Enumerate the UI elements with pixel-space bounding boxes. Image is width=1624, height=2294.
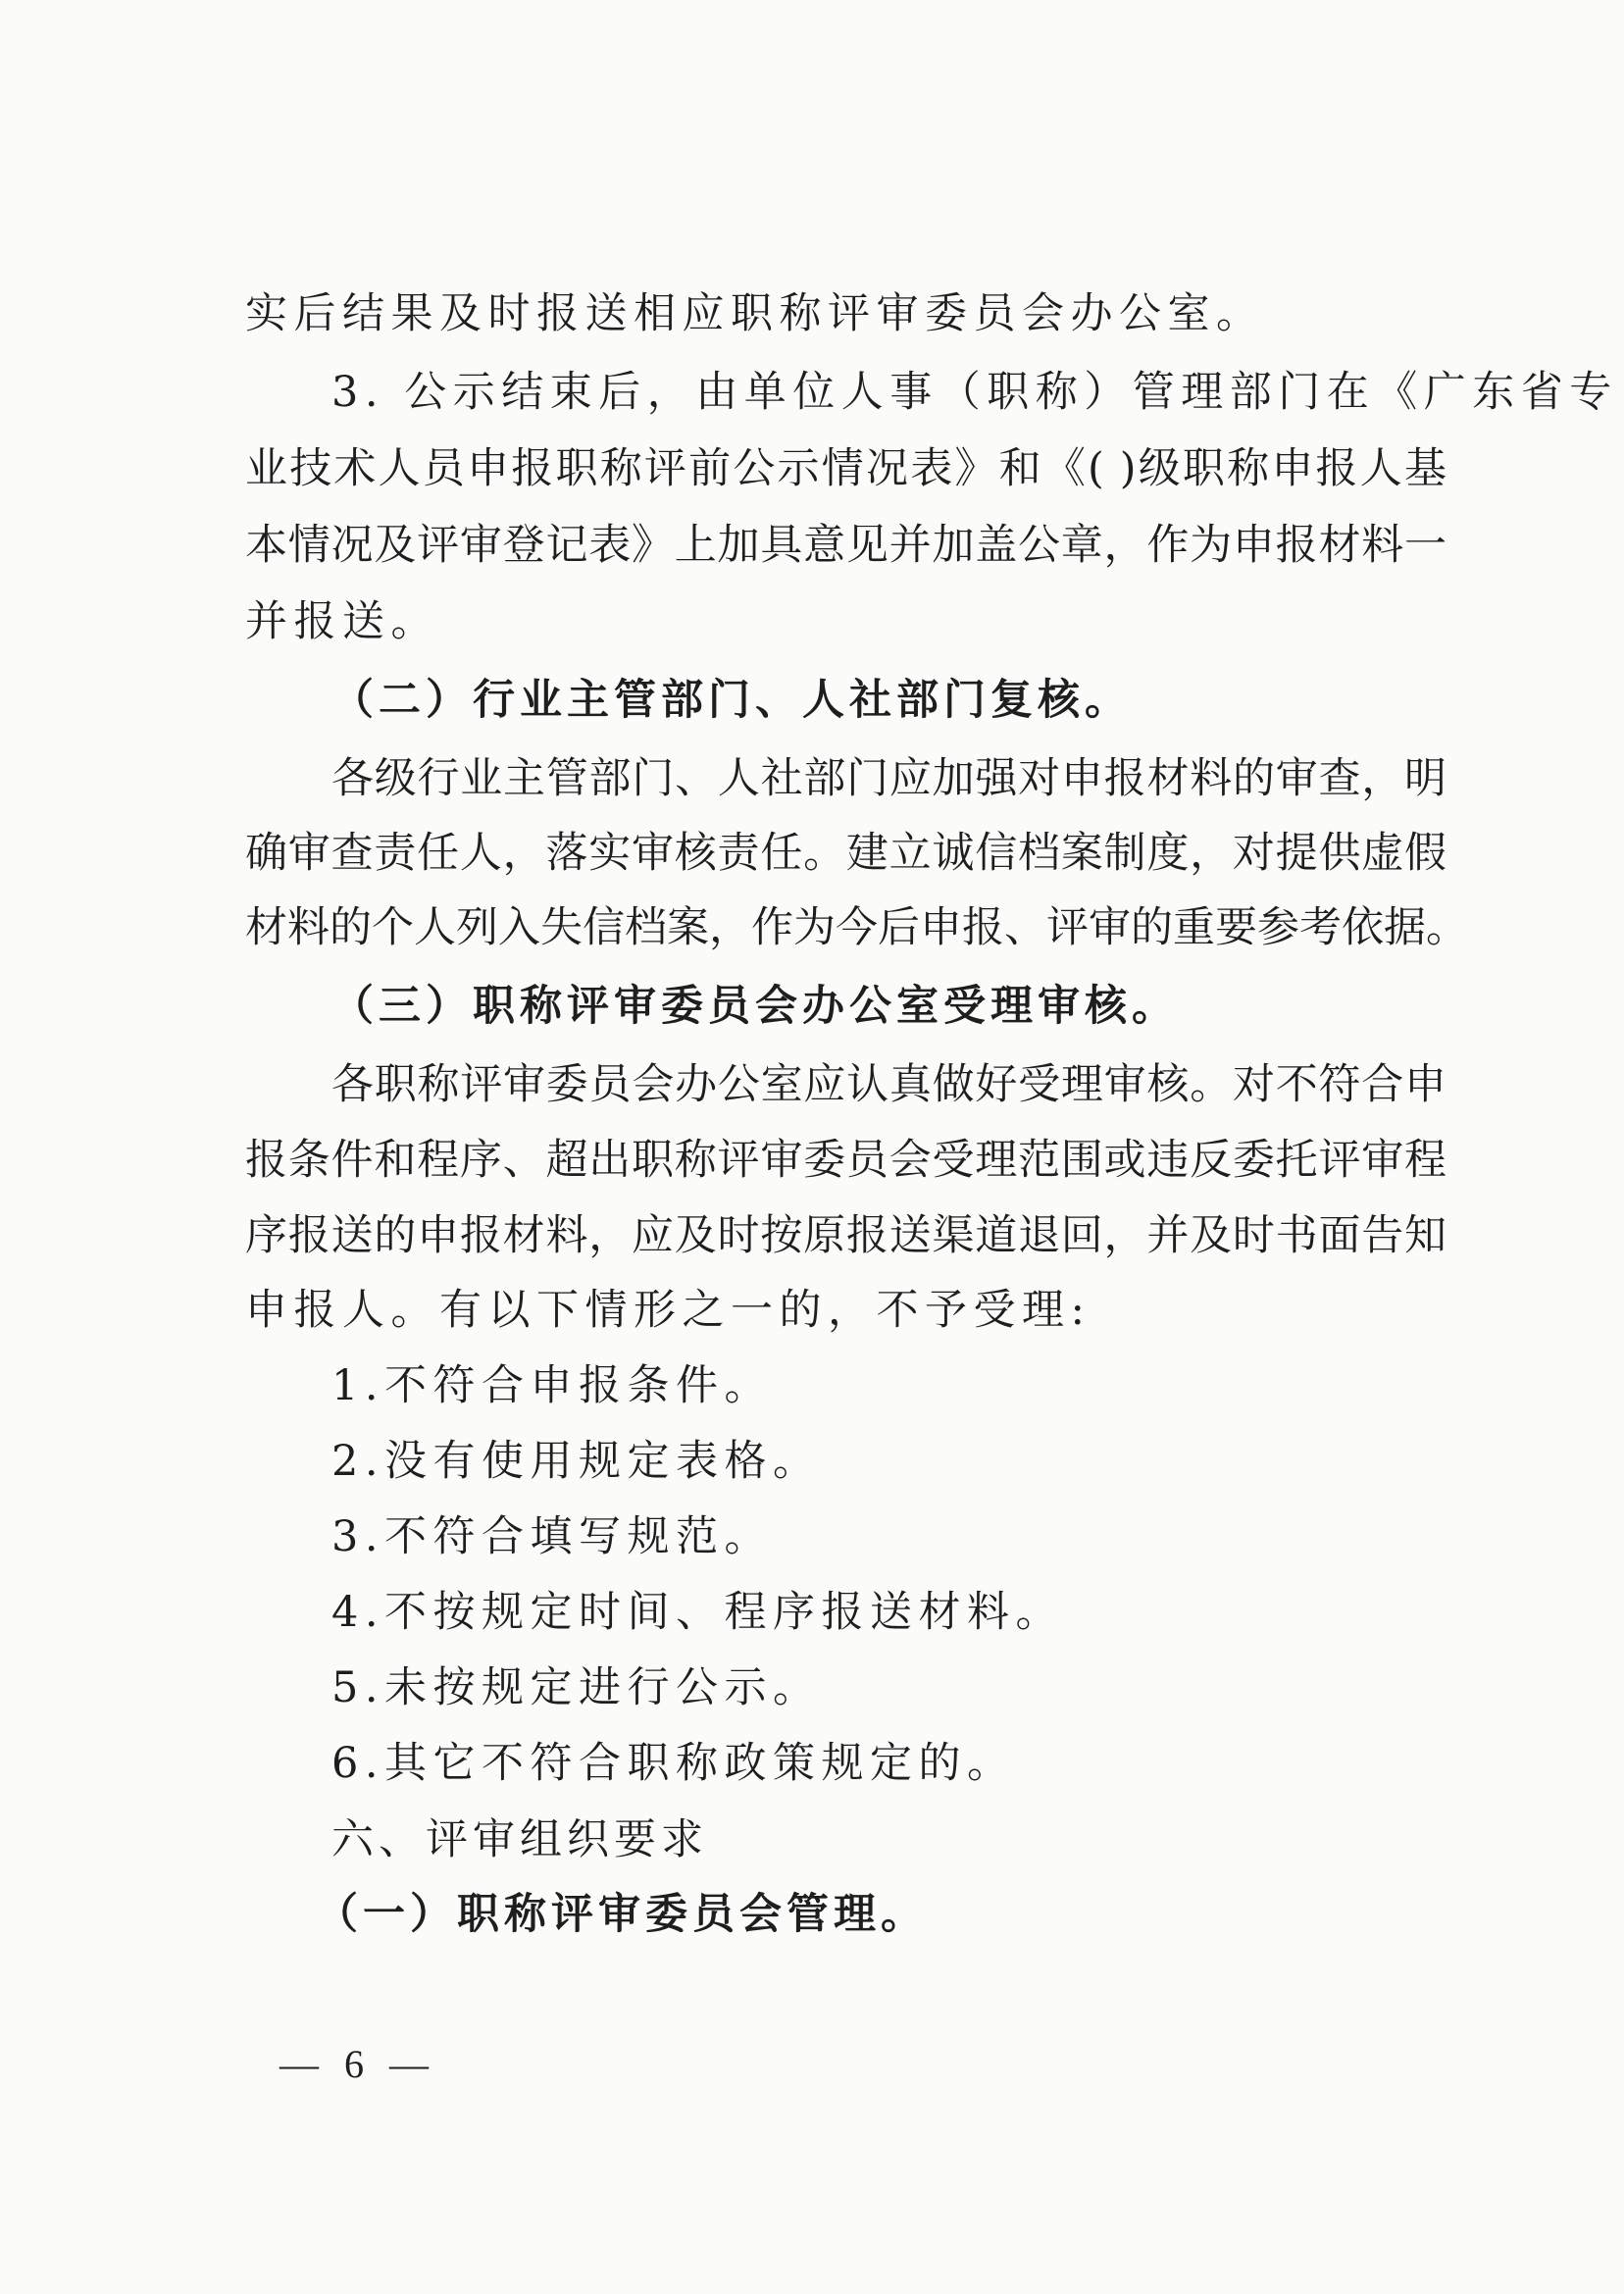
paragraph-line: 报条件和程序、超出职称评审委员会受理范围或违反委托评审程 [245, 1133, 1446, 1188]
list-item: 4.不按规定时间、程序报送材料。 [331, 1585, 1533, 1640]
section-heading-review-organization: 六、评审组织要求 [331, 1812, 1533, 1867]
document-page: 实后结果及时报送相应职称评审委员会办公室。 3. 公示结束后，由单位人事（职称）… [0, 0, 1624, 2294]
subheading-industry-review: （二）行业主管部门、人社部门复核。 [331, 673, 1533, 728]
paragraph-line: 并报送。 [245, 594, 1446, 649]
list-item: 1.不符合申报条件。 [331, 1358, 1533, 1413]
paragraph-line: 本情况及评审登记表》上加具意见并加盖公章，作为申报材料一 [245, 518, 1446, 573]
paragraph-line: 序报送的申报材料，应及时按原报送渠道退回，并及时书面告知 [245, 1208, 1446, 1263]
subheading-committee-management: （一）职称评审委员会管理。 [316, 1887, 1517, 1942]
list-item: 3.不符合填写规范。 [331, 1509, 1533, 1564]
list-item: 6.其它不符合职称政策规定的。 [331, 1736, 1533, 1791]
paragraph-first-line: 各职称评审委员会办公室应认真做好受理审核。对不符合申 [331, 1057, 1446, 1112]
paragraph-line: 材料的个人列入失信档案，作为今后申报、评审的重要参考依据。 [245, 900, 1446, 955]
paragraph-first-line: 各级行业主管部门、人社部门应加强对申报材料的审查，明 [331, 751, 1446, 806]
paragraph-line: 实后结果及时报送相应职称评审委员会办公室。 [245, 286, 1446, 341]
paragraph-line: 业技术人员申报职称评前公示情况表》和《( )级职称申报人基 [245, 441, 1446, 496]
list-item: 2.没有使用规定表格。 [331, 1434, 1533, 1489]
list-item: 5.未按规定进行公示。 [331, 1660, 1533, 1715]
subheading-committee-office-review: （三）职称评审委员会办公室受理审核。 [331, 979, 1533, 1034]
paragraph-line: 申报人。有以下情形之一的，不予受理: [245, 1283, 1446, 1338]
paragraph-first-line: 3. 公示结束后，由单位人事（职称）管理部门在《广东省专 [331, 365, 1446, 420]
paragraph-line: 确审查责任人，落实审核责任。建立诚信档案制度，对提供虚假 [245, 826, 1446, 881]
page-number: — 6 — [279, 2040, 436, 2089]
